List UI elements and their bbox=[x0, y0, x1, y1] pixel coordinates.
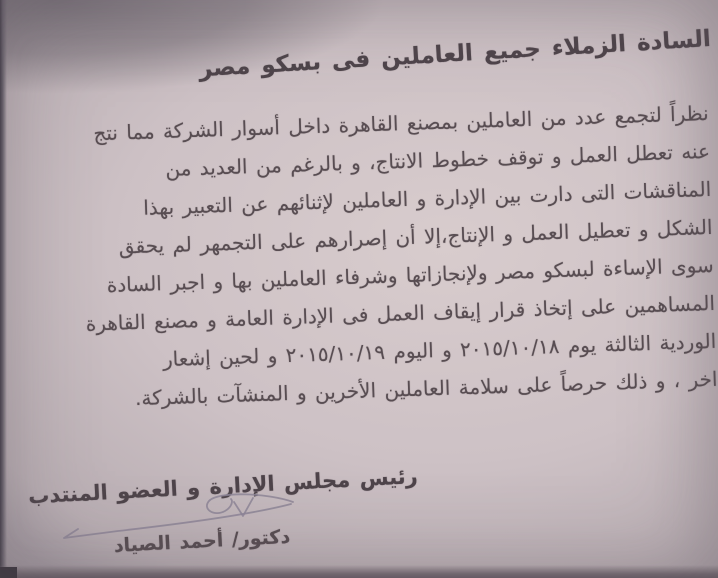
document-body: نظراً لتجمع عدد من العاملين بمصنع القاهر… bbox=[14, 94, 718, 421]
bottom-edge-shadow bbox=[0, 565, 718, 578]
document-photo: السادة الزملاء جميع العاملين فى بسكو مصر… bbox=[0, 0, 718, 578]
document-title: السادة الزملاء جميع العاملين فى بسكو مصر bbox=[229, 26, 712, 81]
left-edge-shadow bbox=[0, 0, 7, 578]
signature-block: رئيس مجلس الإدارة و العضو المنتدب دكتور/… bbox=[55, 464, 421, 560]
signatory-role: رئيس مجلس الإدارة و العضو المنتدب bbox=[55, 464, 418, 507]
bottom-left-corner-shadow bbox=[0, 567, 17, 578]
signatory-name: دكتور/ أحمد الصياد bbox=[113, 519, 421, 557]
